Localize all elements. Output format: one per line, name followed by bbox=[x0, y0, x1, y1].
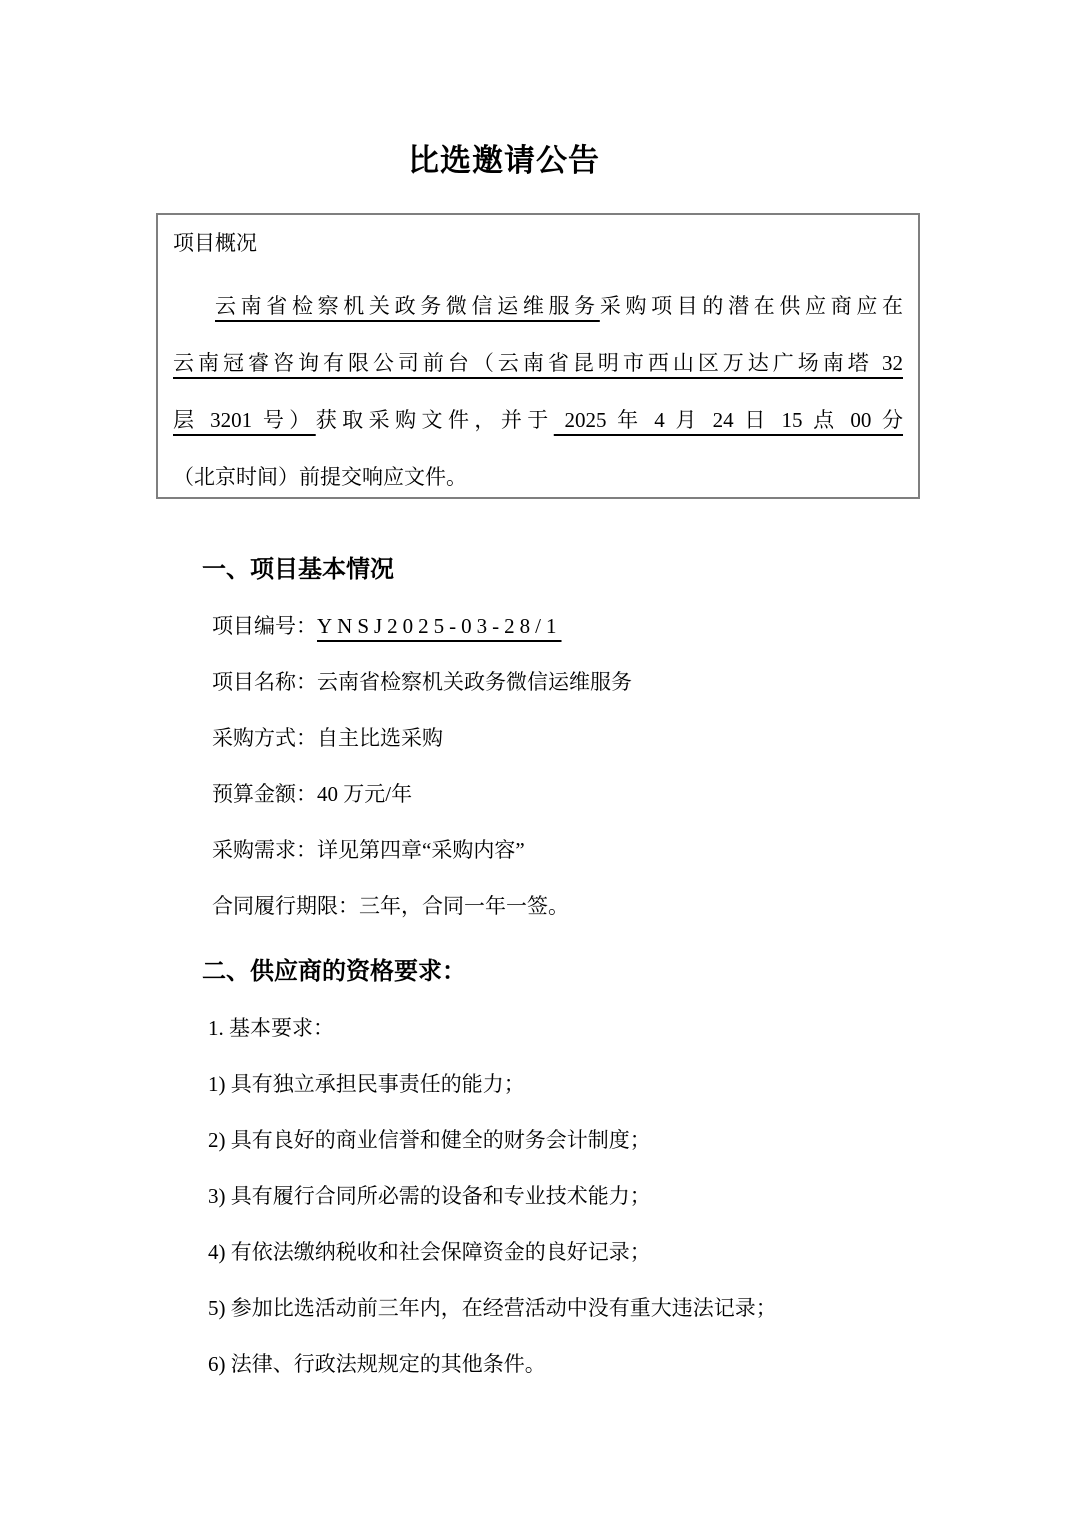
info-item-procurement-method: 采购方式：自主比选采购 bbox=[212, 710, 920, 766]
info-item-budget: 预算金额：40 万元/年 bbox=[212, 766, 920, 822]
project-name-value: 云南省检察机关政务微信运维服务 bbox=[317, 670, 632, 694]
procurement-demand-value: 详见第四章“采购内容” bbox=[317, 838, 525, 862]
document-body: 一、项目基本情况 项目编号：YNSJ2025-03-28/1 项目名称：云南省检… bbox=[156, 500, 920, 1392]
requirement-item-3: 3) 具有履行合同所必需的设备和专业技术能力； bbox=[208, 1168, 920, 1224]
document-page: 比选邀请公告 项目概况 云南省检察机关政务微信运维服务采购项目的潜在供应商应在 … bbox=[0, 0, 1074, 1520]
requirement-item-4: 4) 有依法缴纳税收和社会保障资金的良好记录； bbox=[208, 1224, 920, 1280]
overview-line-1-text: 采购项目的潜在供应商应在 bbox=[600, 294, 903, 318]
document-title: 比选邀请公告 bbox=[0, 135, 1041, 180]
info-item-label: 项目名称： bbox=[212, 670, 317, 694]
budget-value: 40 万元/年 bbox=[317, 782, 412, 806]
info-item-label: 采购方式： bbox=[212, 726, 317, 750]
info-item-label: 采购需求： bbox=[212, 838, 317, 862]
overview-line-3-text: 获取采购文件，并于 bbox=[316, 408, 554, 432]
overview-paragraph: 云南省检察机关政务微信运维服务采购项目的潜在供应商应在 云南冠睿咨询有限公司前台… bbox=[173, 278, 903, 506]
project-number-value: YNSJ2025-03-28/1 bbox=[317, 614, 562, 638]
info-item-label: 项目编号： bbox=[212, 614, 317, 638]
info-item-project-name: 项目名称：云南省检察机关政务微信运维服务 bbox=[212, 654, 920, 710]
procurement-method-value: 自主比选采购 bbox=[317, 726, 443, 750]
contract-term-value: 三年，合同一年一签。 bbox=[359, 894, 569, 918]
info-item-procurement-demand: 采购需求：详见第四章“采购内容” bbox=[212, 822, 920, 878]
project-overview-box: 项目概况 云南省检察机关政务微信运维服务采购项目的潜在供应商应在 云南冠睿咨询有… bbox=[156, 213, 920, 499]
overview-line-3: 层 3201 号）获取采购文件，并于 2025 年 4 月 24 日 15 点 … bbox=[173, 392, 903, 449]
overview-line-4: （北京时间）前提交响应文件。 bbox=[173, 449, 903, 506]
section-2-heading: 二、供应商的资格要求： bbox=[202, 944, 920, 1000]
overview-line-1: 云南省检察机关政务微信运维服务采购项目的潜在供应商应在 bbox=[173, 278, 903, 335]
info-item-contract-term: 合同履行期限：三年，合同一年一签。 bbox=[212, 878, 920, 934]
requirement-item-6: 6) 法律、行政法规规定的其他条件。 bbox=[208, 1336, 920, 1392]
overview-agency-address-underlined: 云南冠睿咨询有限公司前台（云南省昆明市西山区万达广场南塔 32 bbox=[173, 351, 903, 375]
overview-deadline-underlined: 2025 年 4 月 24 日 15 点 00 分 bbox=[554, 408, 903, 432]
section-1-heading: 一、项目基本情况 bbox=[202, 542, 920, 598]
requirement-item-2: 2) 具有良好的商业信誉和健全的财务会计制度； bbox=[208, 1112, 920, 1168]
requirement-item-5: 5) 参加比选活动前三年内，在经营活动中没有重大违法记录； bbox=[208, 1280, 920, 1336]
overview-line-4-text: （北京时间）前提交响应文件。 bbox=[173, 465, 467, 489]
info-item-label: 预算金额： bbox=[212, 782, 317, 806]
info-item-label: 合同履行期限： bbox=[212, 894, 359, 918]
overview-address-tail-underlined: 层 3201 号） bbox=[173, 408, 316, 432]
basic-requirements-subheading: 1. 基本要求： bbox=[208, 1000, 920, 1056]
overview-label: 项目概况 bbox=[173, 222, 903, 264]
overview-line-2: 云南冠睿咨询有限公司前台（云南省昆明市西山区万达广场南塔 32 bbox=[173, 335, 903, 392]
requirement-item-1: 1) 具有独立承担民事责任的能力； bbox=[208, 1056, 920, 1112]
overview-project-name-underlined: 云南省检察机关政务微信运维服务 bbox=[215, 294, 600, 318]
info-item-project-number: 项目编号：YNSJ2025-03-28/1 bbox=[212, 598, 920, 654]
